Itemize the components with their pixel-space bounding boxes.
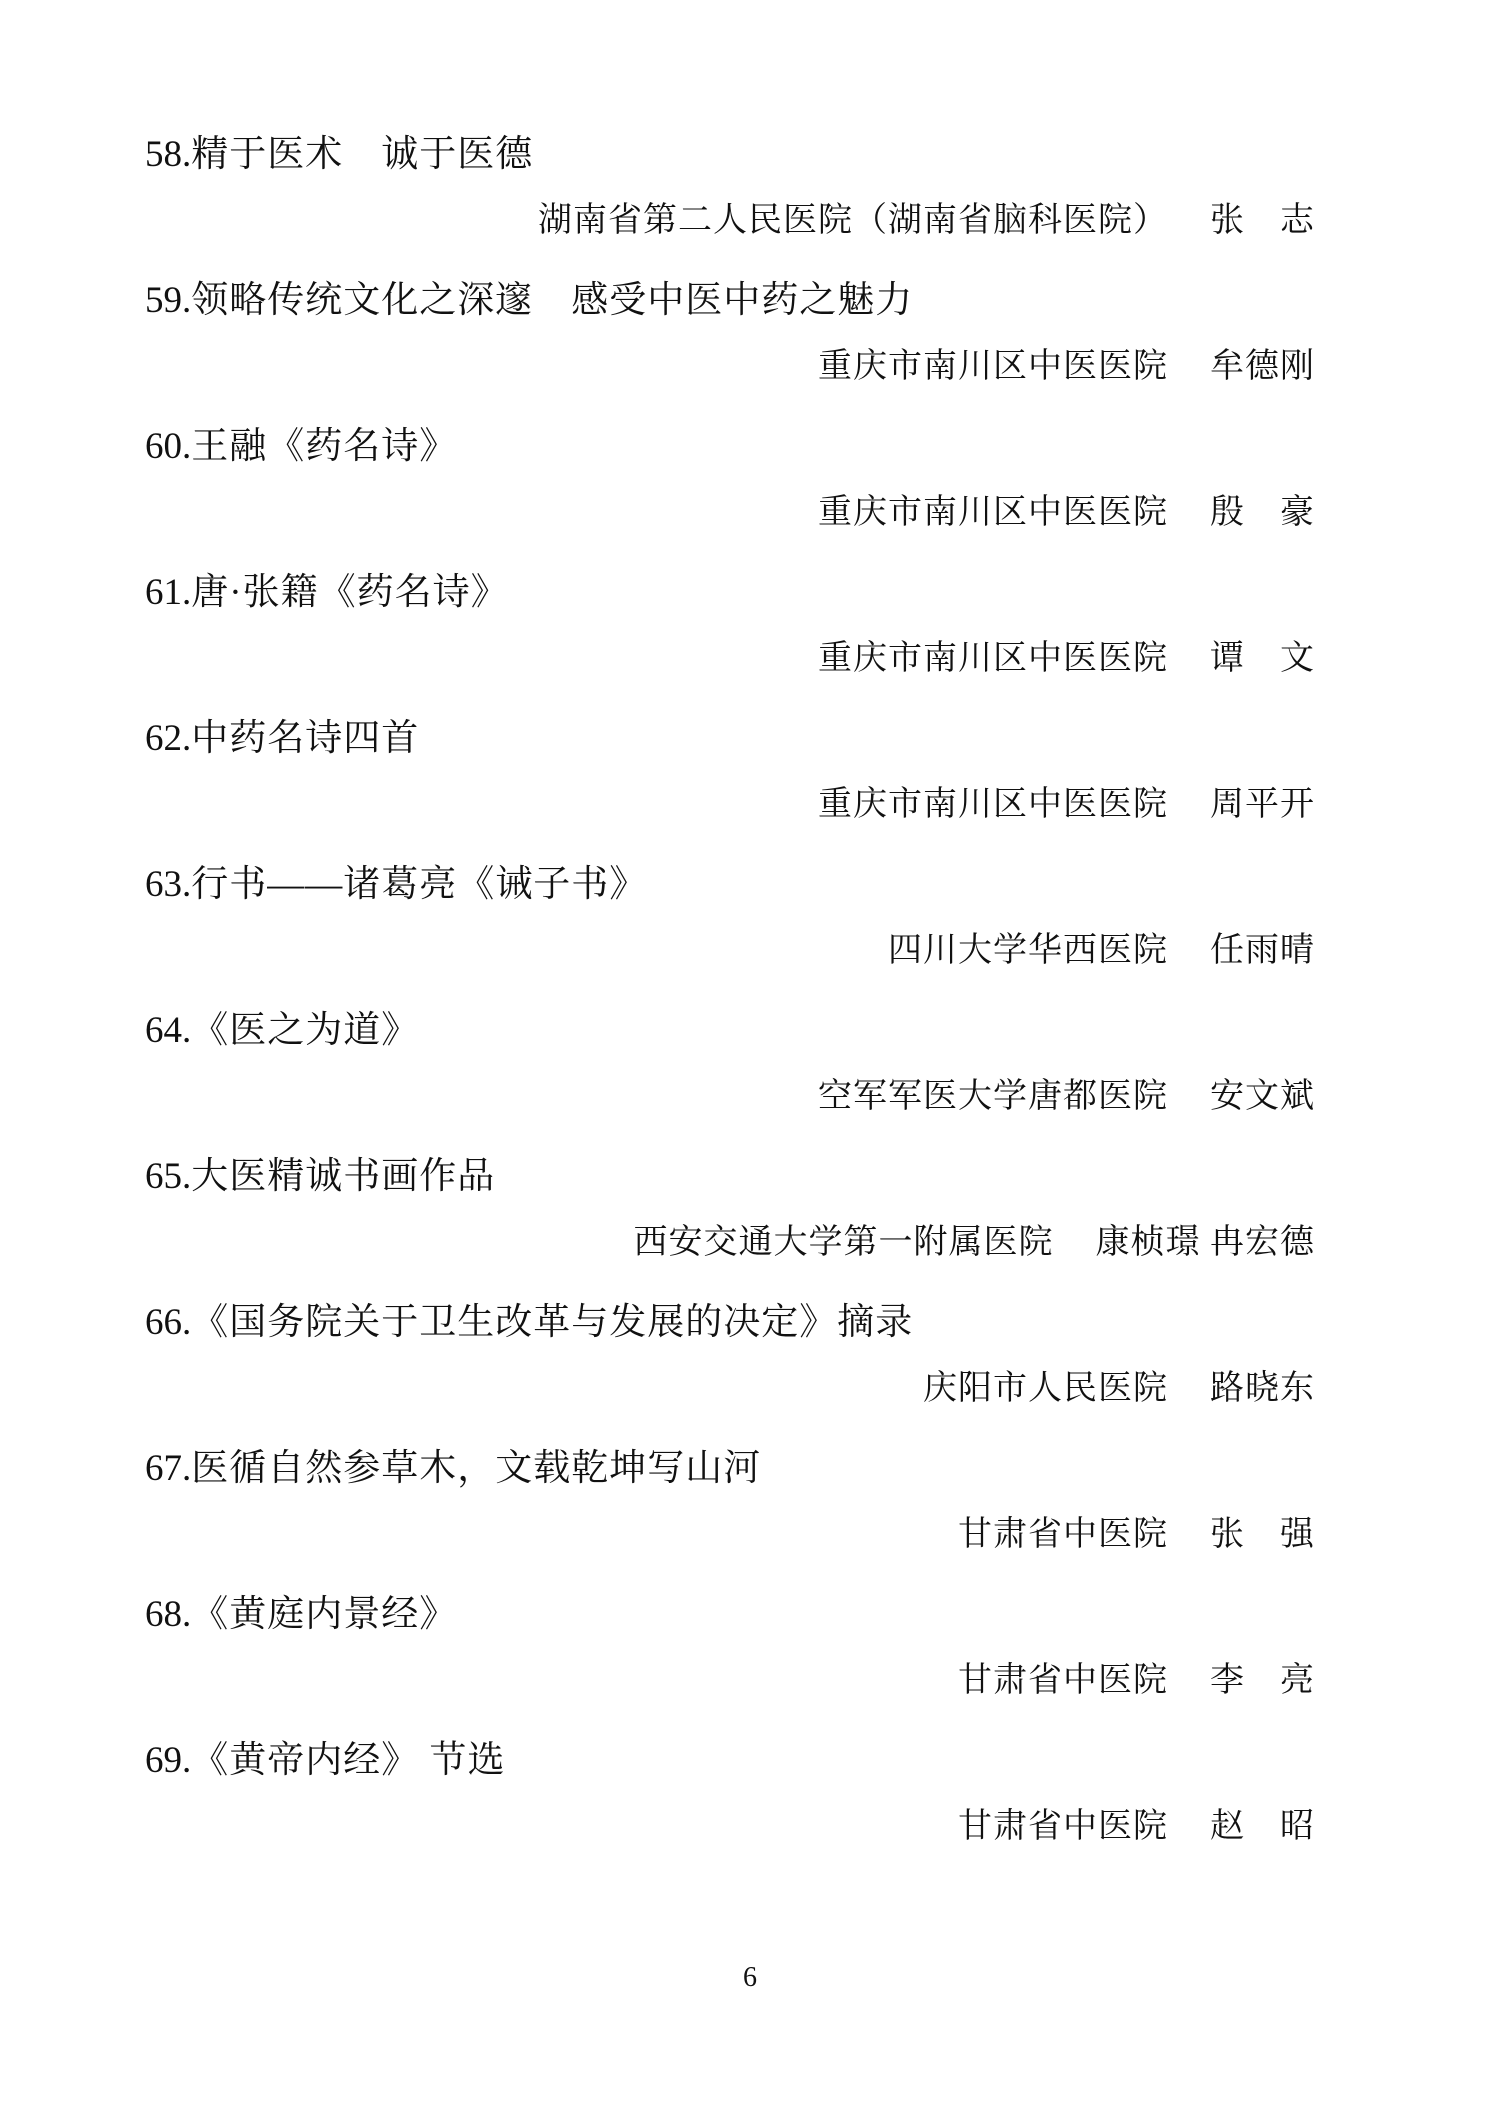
entry-title-line: 68.《黄庭内景经》 bbox=[145, 1582, 1315, 1648]
entry-institution: 甘肃省中医院 bbox=[958, 1808, 1168, 1845]
entry-title: 大医精诚书画作品 bbox=[191, 1156, 495, 1197]
entry-byline: 甘肃省中医院张 强 bbox=[145, 1502, 1315, 1568]
entry-title: 行书——诸葛亮《诫子书》 bbox=[191, 864, 647, 905]
entry-number: 67. bbox=[145, 1448, 191, 1489]
entry-title-line: 66.《国务院关于卫生改革与发展的决定》摘录 bbox=[145, 1290, 1315, 1356]
list-entry: 65.大医精诚书画作品 西安交通大学第一附属医院康桢璟 冉宏德 bbox=[145, 1144, 1315, 1276]
entry-number: 69. bbox=[145, 1740, 191, 1781]
entry-number: 64. bbox=[145, 1010, 191, 1051]
entry-institution: 重庆市南川区中医医院 bbox=[818, 348, 1168, 385]
entry-institution: 湖南省第二人民医院（湖南省脑科医院） bbox=[538, 202, 1168, 239]
entry-byline: 重庆市南川区中医医院周平开 bbox=[145, 772, 1315, 838]
entry-byline: 庆阳市人民医院路晓东 bbox=[145, 1356, 1315, 1422]
entry-institution: 庆阳市人民医院 bbox=[923, 1370, 1168, 1407]
entry-authors: 牟德刚 bbox=[1210, 334, 1315, 400]
entries-list: 58.精于医术 诚于医德 湖南省第二人民医院（湖南省脑科医院）张 志 59.领略… bbox=[0, 0, 1500, 1860]
entry-title: 领略传统文化之深邃 感受中医中药之魅力 bbox=[191, 280, 913, 321]
entry-authors: 康桢璟 冉宏德 bbox=[1096, 1210, 1316, 1276]
entry-authors: 张 强 bbox=[1210, 1502, 1315, 1568]
list-entry: 67.医循自然参草木，文载乾坤写山河 甘肃省中医院张 强 bbox=[145, 1436, 1315, 1568]
entry-number: 58. bbox=[145, 134, 191, 175]
entry-authors: 谭 文 bbox=[1210, 626, 1315, 692]
entry-byline: 甘肃省中医院赵 昭 bbox=[145, 1794, 1315, 1860]
entry-institution: 重庆市南川区中医医院 bbox=[818, 640, 1168, 677]
entry-title-line: 62.中药名诗四首 bbox=[145, 706, 1315, 772]
entry-number: 61. bbox=[145, 572, 191, 613]
entry-number: 62. bbox=[145, 718, 191, 759]
page-number: 6 bbox=[0, 1962, 1500, 1994]
entry-institution: 重庆市南川区中医医院 bbox=[818, 786, 1168, 823]
entry-title-line: 61.唐·张籍《药名诗》 bbox=[145, 560, 1315, 626]
list-entry: 66.《国务院关于卫生改革与发展的决定》摘录 庆阳市人民医院路晓东 bbox=[145, 1290, 1315, 1422]
entry-title: 中药名诗四首 bbox=[191, 718, 419, 759]
list-entry: 69.《黄帝内经》 节选 甘肃省中医院赵 昭 bbox=[145, 1728, 1315, 1860]
entry-number: 65. bbox=[145, 1156, 191, 1197]
entry-authors: 赵 昭 bbox=[1210, 1794, 1315, 1860]
entry-byline: 四川大学华西医院任雨晴 bbox=[145, 918, 1315, 984]
entry-byline: 甘肃省中医院李 亮 bbox=[145, 1648, 1315, 1714]
entry-byline: 重庆市南川区中医医院殷 豪 bbox=[145, 480, 1315, 546]
entry-title-line: 67.医循自然参草木，文载乾坤写山河 bbox=[145, 1436, 1315, 1502]
entry-authors: 路晓东 bbox=[1210, 1356, 1315, 1422]
entry-title: 王融《药名诗》 bbox=[191, 426, 457, 467]
entry-title: 精于医术 诚于医德 bbox=[191, 134, 533, 175]
entry-byline: 西安交通大学第一附属医院康桢璟 冉宏德 bbox=[145, 1210, 1315, 1276]
entry-title-line: 59.领略传统文化之深邃 感受中医中药之魅力 bbox=[145, 268, 1315, 334]
entry-title-line: 58.精于医术 诚于医德 bbox=[145, 122, 1315, 188]
list-entry: 59.领略传统文化之深邃 感受中医中药之魅力 重庆市南川区中医医院牟德刚 bbox=[145, 268, 1315, 400]
entry-title: 《黄帝内经》 节选 bbox=[191, 1740, 505, 1781]
entry-title-line: 65.大医精诚书画作品 bbox=[145, 1144, 1315, 1210]
entry-title-line: 64.《医之为道》 bbox=[145, 998, 1315, 1064]
entry-number: 60. bbox=[145, 426, 191, 467]
list-entry: 64.《医之为道》 空军军医大学唐都医院安文斌 bbox=[145, 998, 1315, 1130]
list-entry: 63.行书——诸葛亮《诫子书》 四川大学华西医院任雨晴 bbox=[145, 852, 1315, 984]
entry-title: 《医之为道》 bbox=[191, 1010, 419, 1051]
entry-title-line: 63.行书——诸葛亮《诫子书》 bbox=[145, 852, 1315, 918]
entry-number: 59. bbox=[145, 280, 191, 321]
entry-institution: 四川大学华西医院 bbox=[888, 932, 1168, 969]
entry-number: 68. bbox=[145, 1594, 191, 1635]
entry-institution: 西安交通大学第一附属医院 bbox=[634, 1224, 1054, 1261]
entry-authors: 安文斌 bbox=[1210, 1064, 1315, 1130]
list-entry: 68.《黄庭内景经》 甘肃省中医院李 亮 bbox=[145, 1582, 1315, 1714]
entry-title-line: 69.《黄帝内经》 节选 bbox=[145, 1728, 1315, 1794]
entry-institution: 重庆市南川区中医医院 bbox=[818, 494, 1168, 531]
list-entry: 60.王融《药名诗》 重庆市南川区中医医院殷 豪 bbox=[145, 414, 1315, 546]
entry-title: 唐·张籍《药名诗》 bbox=[191, 572, 508, 613]
entry-institution: 甘肃省中医院 bbox=[958, 1516, 1168, 1553]
entry-byline: 重庆市南川区中医医院牟德刚 bbox=[145, 334, 1315, 400]
entry-authors: 李 亮 bbox=[1210, 1648, 1315, 1714]
entry-byline: 湖南省第二人民医院（湖南省脑科医院）张 志 bbox=[145, 188, 1315, 254]
entry-institution: 空军军医大学唐都医院 bbox=[818, 1078, 1168, 1115]
entry-authors: 殷 豪 bbox=[1210, 480, 1315, 546]
entry-authors: 任雨晴 bbox=[1210, 918, 1315, 984]
list-entry: 61.唐·张籍《药名诗》 重庆市南川区中医医院谭 文 bbox=[145, 560, 1315, 692]
entry-authors: 张 志 bbox=[1210, 188, 1315, 254]
entry-number: 63. bbox=[145, 864, 191, 905]
document-page: 58.精于医术 诚于医德 湖南省第二人民医院（湖南省脑科医院）张 志 59.领略… bbox=[0, 0, 1500, 2120]
entry-byline: 空军军医大学唐都医院安文斌 bbox=[145, 1064, 1315, 1130]
list-entry: 62.中药名诗四首 重庆市南川区中医医院周平开 bbox=[145, 706, 1315, 838]
list-entry: 58.精于医术 诚于医德 湖南省第二人民医院（湖南省脑科医院）张 志 bbox=[145, 122, 1315, 254]
entry-institution: 甘肃省中医院 bbox=[958, 1662, 1168, 1699]
entry-authors: 周平开 bbox=[1210, 772, 1315, 838]
entry-title: 医循自然参草木，文载乾坤写山河 bbox=[191, 1448, 761, 1489]
entry-title: 《国务院关于卫生改革与发展的决定》摘录 bbox=[191, 1302, 913, 1343]
entry-byline: 重庆市南川区中医医院谭 文 bbox=[145, 626, 1315, 692]
entry-number: 66. bbox=[145, 1302, 191, 1343]
entry-title: 《黄庭内景经》 bbox=[191, 1594, 457, 1635]
entry-title-line: 60.王融《药名诗》 bbox=[145, 414, 1315, 480]
